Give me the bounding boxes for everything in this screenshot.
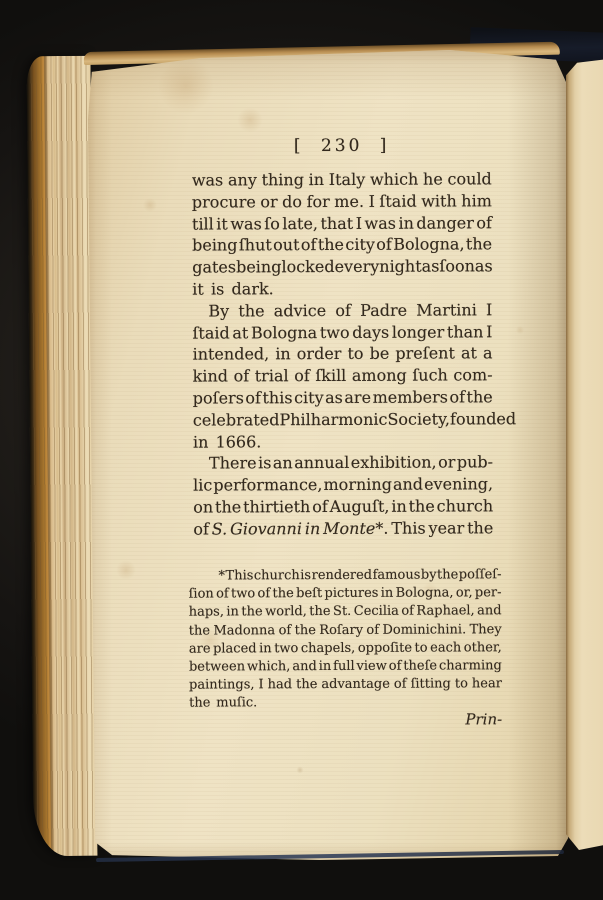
book-page: [ 230 ] wasanythinginItalywhichhecouldpr… (86, 50, 570, 860)
text-line: licperformance,morningandevening, (193, 474, 493, 497)
text-line: itisdark. (192, 278, 492, 301)
text-line: beingſhutoutofthecityofBologna,the (192, 235, 492, 258)
page-number: [ 230 ] (192, 135, 492, 156)
text-line: BytheadviceofPadreMartiniI (192, 300, 492, 323)
text-line: celebratedPhilharmonicSociety,founded (193, 409, 493, 432)
text-line: Thereisanannualexhibition,orpub- (193, 453, 493, 476)
facing-page-sliver (566, 58, 603, 850)
text-line: ſionoftwoofthebeſtpicturesinBologna,or,p… (189, 585, 502, 605)
footnote-block: *Thischurchisrenderedfamousbythepoſſeſ-ſ… (188, 567, 502, 714)
text-line: ſtaidatBolognatwodayslongerthanI (192, 322, 492, 345)
page-edges-fan (27, 56, 98, 857)
text-line: theMadonnaoftheRoſaryofDominichini.They (189, 622, 502, 642)
text-line: poſersofthiscityasaremembersofthe (193, 387, 493, 410)
body-text-block: wasanythinginItalywhichhecouldprocureord… (192, 169, 494, 541)
text-line: gatesbeinglockedeverynightasſoonas (192, 256, 492, 279)
text-line: in1666. (193, 431, 493, 454)
text-line: procureordoforme.Iſtaidwithhim (192, 191, 492, 214)
text-line: intended,inordertobepreſentata (193, 344, 493, 367)
text-line: tillitwasſolate,thatIwasindangerof (192, 213, 492, 236)
catchword: Prin- (189, 710, 502, 729)
text-line: kindoftrialofſkillamongſuchcom- (193, 365, 493, 388)
text-line: haps,intheworld,theSt.CeciliaofRaphael,a… (189, 604, 502, 624)
text-line: paintings,Ihadtheadvantageofſittingtohea… (189, 676, 502, 696)
text-line: wasanythinginItalywhichhecould (192, 169, 492, 192)
printed-text-layer: [ 230 ] wasanythinginItalywhichhecouldpr… (84, 49, 572, 861)
text-line: onthethirtiethofAuguſt,inthechurch (193, 496, 493, 519)
text-line: betweenwhich,andinfullviewoftheſecharmin… (189, 658, 502, 678)
book-photo: [ 230 ] wasanythinginItalywhichhecouldpr… (0, 0, 603, 900)
text-line: ofS.GiovanniinMonte*.Thisyearthe (193, 518, 493, 541)
text-line: *Thischurchisrenderedfamousbythepoſſeſ- (188, 567, 501, 587)
text-line: areplacedintwochapels,oppoſitetoeachothe… (189, 640, 502, 660)
